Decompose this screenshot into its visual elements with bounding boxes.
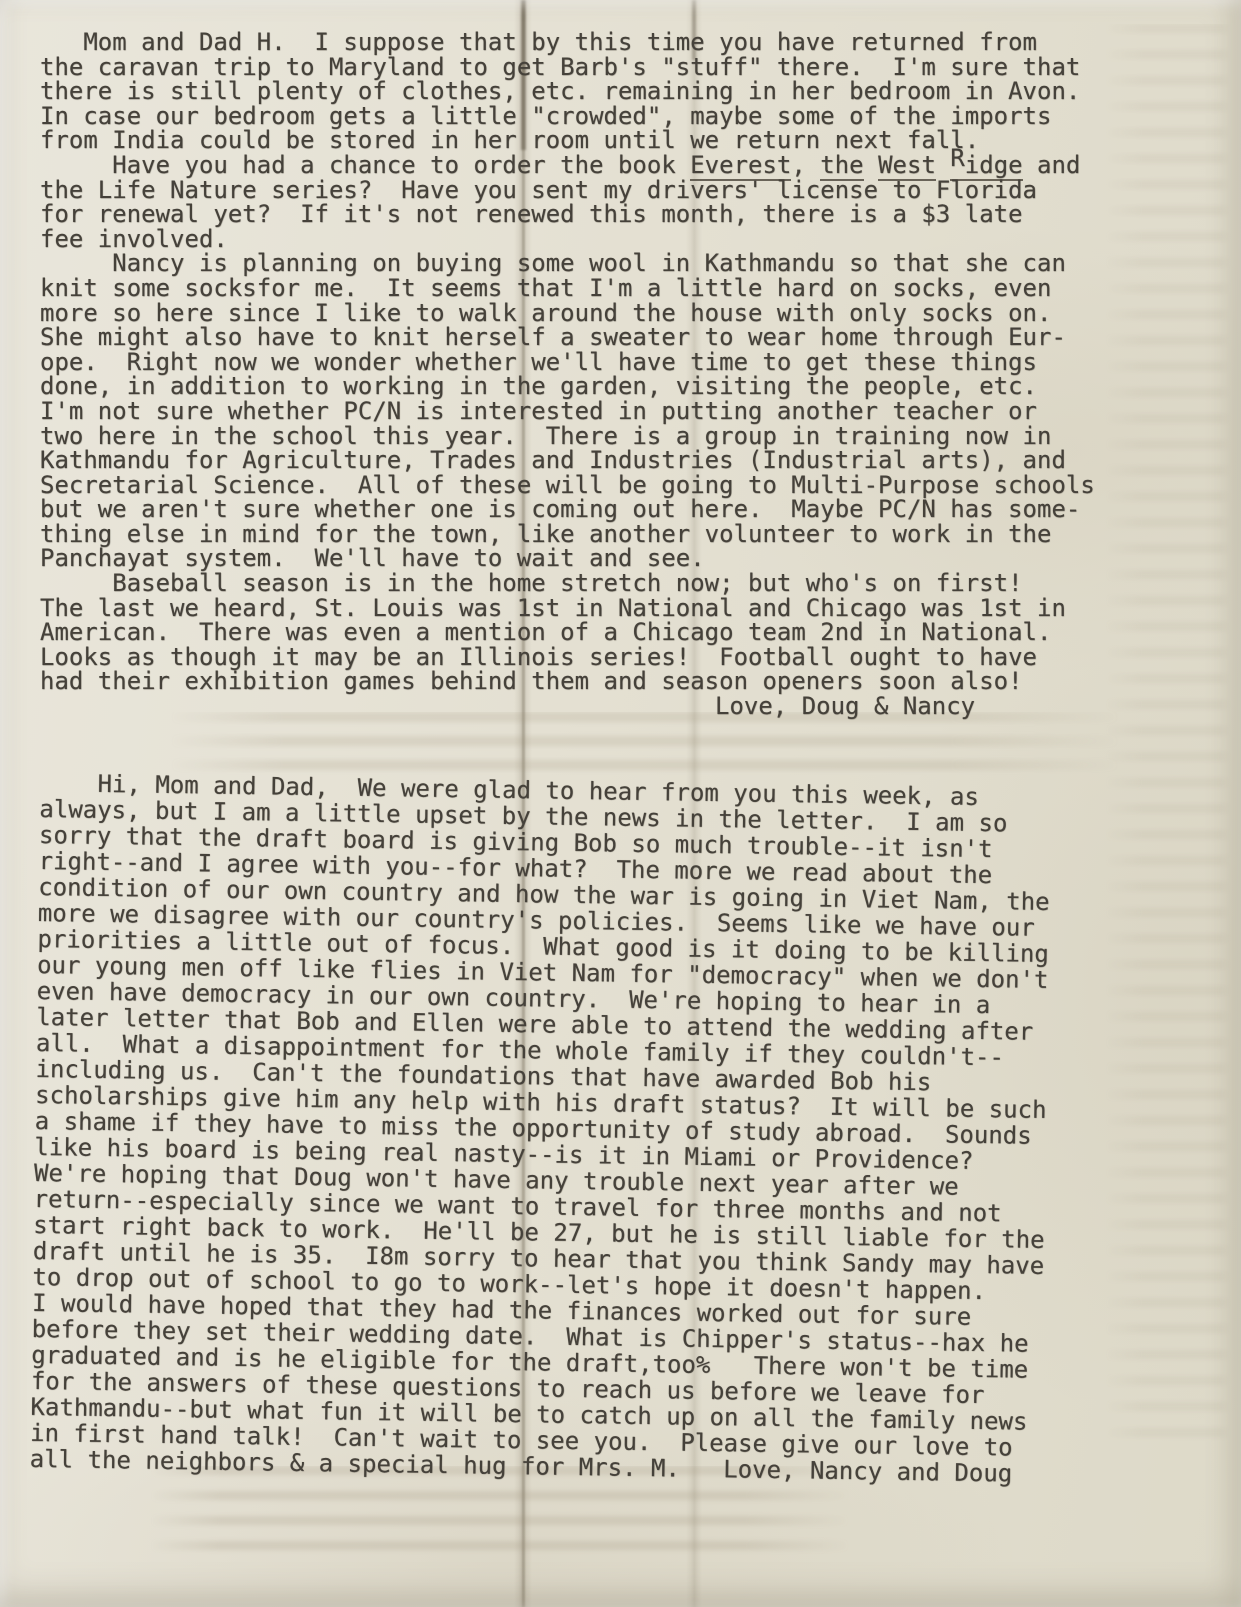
typed-line: American. There was even a mention of a …: [40, 620, 1095, 645]
typed-line: two here in the school this year. There …: [40, 424, 1095, 449]
typed-line: there is still plenty of clothes, etc. r…: [40, 79, 1095, 104]
book-line-comma: ,: [791, 151, 820, 179]
typed-line: the caravan trip to Maryland to get Barb…: [40, 55, 1095, 80]
book-title-ridge-rest: idge: [965, 151, 1023, 179]
letter-page: Mom and Dad H. I suppose that by this ti…: [0, 0, 1241, 1607]
typed-line: She might also have to knit herself a sw…: [40, 325, 1095, 350]
letter1-signature: Love, Doug & Nancy: [40, 694, 1095, 719]
book-line-space2: [936, 151, 950, 179]
typed-line: Looks as though it may be an Illinois se…: [40, 645, 1095, 670]
book-title-line: Have you had a chance to order the book …: [40, 153, 1095, 178]
typed-line: but we aren't sure whether one is coming…: [40, 497, 1095, 522]
typed-line: Secretarial Science. All of these will b…: [40, 473, 1095, 498]
typed-line: from India could be stored in her room u…: [40, 128, 1095, 153]
book-line-suffix: and: [1023, 151, 1081, 179]
typed-line: for renewal yet? If it's not renewed thi…: [40, 202, 1095, 227]
typed-line: knit some socksfor me. It seems that I'm…: [40, 276, 1095, 301]
book-line-space1: [864, 151, 878, 179]
typed-line: In case our bedroom gets a little "crowd…: [40, 104, 1095, 129]
letter2-paragraphs: Hi, Mom and Dad, We were glad to hear fr…: [30, 770, 1052, 1487]
raised-letter-r: R: [950, 144, 964, 172]
typed-line: Kathmandu for Agriculture, Trades and In…: [40, 448, 1095, 473]
typed-line: done, in addition to working in the gard…: [40, 374, 1095, 399]
letter-one-doug-and-nancy: Mom and Dad H. I suppose that by this ti…: [40, 30, 1095, 719]
book-line-prefix: Have you had a chance to order the book: [40, 151, 690, 179]
typed-line: ope. Right now we wonder whether we'll h…: [40, 350, 1095, 375]
typed-line: Nancy is planning on buying some wool in…: [40, 251, 1095, 276]
typed-line: had their exhibition games behind them a…: [40, 669, 1095, 694]
letter1-paragraphs-b: the Life Nature series? Have you sent my…: [40, 178, 1095, 694]
typed-line: The last we heard, St. Louis was 1st in …: [40, 596, 1095, 621]
typed-line: I'm not sure whether PC/N is interested …: [40, 399, 1095, 424]
typed-line: Baseball season is in the home stretch n…: [40, 571, 1095, 596]
typed-line: Panchayat system. We'll have to wait and…: [40, 546, 1095, 571]
bleed-through-smudge-right-margin: [1105, 24, 1231, 1454]
typed-line: fee involved.: [40, 227, 1095, 252]
typed-line: more so here since I like to walk around…: [40, 301, 1095, 326]
typed-line: thing else in mind for the town, like an…: [40, 522, 1095, 547]
typed-line: Mom and Dad H. I suppose that by this ti…: [40, 30, 1095, 55]
letter1-paragraphs-a: Mom and Dad H. I suppose that by this ti…: [40, 30, 1095, 153]
letter-two-nancy-and-doug: Hi, Mom and Dad, We were glad to hear fr…: [30, 770, 1052, 1487]
bleed-through-smudge-middle: [170, 712, 1120, 778]
typed-line: the Life Nature series? Have you sent my…: [40, 178, 1095, 203]
